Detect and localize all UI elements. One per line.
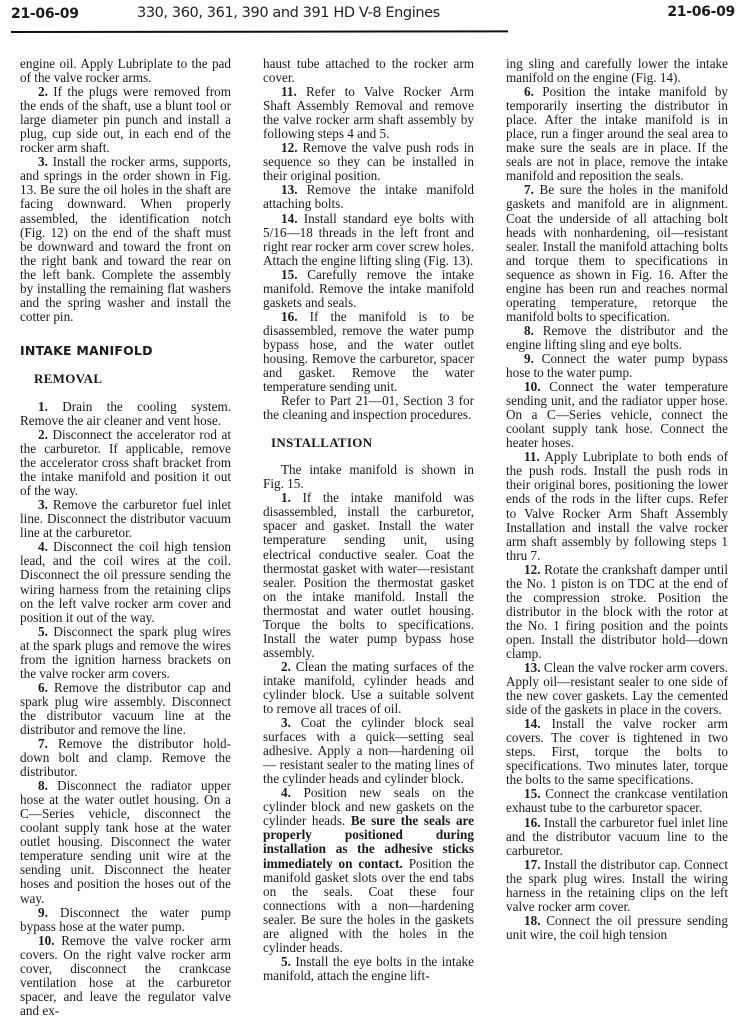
step-paragraph: 2. Disconnect the accelerator rod at the… [20,428,231,498]
step-paragraph: 13. Clean the valve rocker arm covers. A… [506,661,728,717]
step-number: 15. [524,786,540,801]
step-text: If the plugs were removed from the ends … [20,84,231,155]
step-text: Install the rocker arms, supports, and s… [20,154,231,324]
installation-intro: The intake manifold is shown in Fig. 15. [263,463,474,491]
step-text: Coat the cylinder block seal surfaces wi… [263,715,474,786]
column-2: haust tube attached to the rocker arm co… [263,57,474,983]
step-paragraph: 11. Apply Lubriplate to both ends of the… [506,450,728,562]
step-number: 2. [38,84,48,99]
page-number-left: 21-06-09 [11,6,79,22]
step-paragraph: 12. Remove the valve push rods in sequen… [263,141,474,183]
step-paragraph: 14. Install standard eye bolts with 5/16… [263,212,474,268]
step-text: Disconnect the radiator upper hose at th… [20,778,231,905]
step-paragraph: 5. Install the eye bolts in the intake m… [263,955,474,983]
step-number: 8. [524,323,534,338]
step-number: 4. [38,539,48,554]
step-text: If the intake manifold was disassembled,… [263,490,474,660]
step-number: 3. [281,715,291,730]
step-text: Apply Lubriplate to both ends of the pus… [506,449,728,562]
step-number: 4. [281,785,291,800]
step-number: 5. [38,624,48,639]
step-number: 2. [38,427,48,442]
step-text: Position the intake manifold by temporar… [506,84,728,183]
step-text: Disconnect the spark plug wires at the s… [20,624,231,681]
page-number-right: 21-06-09 [667,4,735,20]
step-number: 3. [38,497,48,512]
step-paragraph: 15. Carefully remove the intake manifold… [263,268,474,310]
step-paragraph: 13. Remove the intake manifold attaching… [263,183,474,211]
step-number: 16. [524,815,540,830]
step-paragraph: 10. Connect the water temperature sendin… [506,380,728,450]
column-3: ing sling and carefully lower the intake… [506,57,728,942]
page-title: 330, 360, 361, 390 and 391 HD V-8 Engine… [137,5,440,21]
step-number: 6. [524,84,534,99]
step-text: Remove the distributor cap and spark plu… [20,680,231,737]
step-text: Install the valve rocker arm covers. The… [506,716,728,787]
step-text: Install the eye bolts in the intake mani… [263,954,474,983]
step-paragraph: 8. Remove the distributor and the engine… [506,324,728,352]
subheading-removal: REMOVAL [34,372,231,386]
step-text: Connect the water pump bypass hose to th… [506,351,728,380]
step-number: 5. [281,954,291,969]
step-paragraph: 5. Disconnect the spark plug wires at th… [20,625,231,681]
step-paragraph: 10. Remove the valve rocker arm covers. … [20,934,231,1018]
step-paragraph: 3. Remove the carburetor fuel inlet line… [20,498,231,540]
paragraph-continuation: engine oil. Apply Lubriplate to the pad … [20,57,231,85]
step-paragraph: 2. If the plugs were removed from the en… [20,85,231,155]
step-paragraph: 3. Coat the cylinder block seal surfaces… [263,716,474,786]
step-paragraph: 15. Connect the crankcase ventilation ex… [506,787,728,815]
step-number: 10. [524,379,540,394]
step-paragraph: 9. Connect the water pump bypass hose to… [506,352,728,380]
step-number: 7. [524,182,534,197]
step-paragraph: 7. Remove the distributor hold-down bolt… [20,737,231,779]
step-text: Disconnect the coil high tension lead, a… [20,539,231,624]
step-paragraph: 12. Rotate the crankshaft damper until t… [506,563,728,661]
step-paragraph: 9. Disconnect the water pump bypass hose… [20,906,231,934]
step-text: Connect the oil pressure sending unit wi… [506,913,728,942]
step-number: 17. [524,857,540,872]
step-paragraph: 16. If the manifold is to be disassemble… [263,310,474,394]
subheading-installation: INSTALLATION [271,436,474,450]
step-paragraph: 8. Disconnect the radiator upper hose at… [20,779,231,905]
step-text: Clean the valve rocker arm covers. Apply… [506,660,728,717]
step-number: 11. [524,449,540,464]
step-paragraph: 3. Install the rocker arms, supports, an… [20,155,231,324]
step-text: Disconnect the water pump bypass hose at… [20,905,231,934]
step-text: Disconnect the accelerator rod at the ca… [20,427,231,498]
step-text: Clean the mating surfaces of the intake … [263,659,474,716]
step-paragraph: 6. Remove the distributor cap and spark … [20,681,231,737]
paragraph-continuation: haust tube attached to the rocker arm co… [263,57,474,85]
step-text: Position the manifold gasket slots over … [263,856,474,955]
step-paragraph: 4. Position new seals on the cylinder bl… [263,786,474,955]
step-number: 14. [281,211,297,226]
step-paragraph: 16. Install the carburetor fuel inlet li… [506,816,728,858]
step-text: Install the carburetor fuel inlet line a… [506,815,728,858]
step-number: 11. [281,84,297,99]
paragraph-continuation: ing sling and carefully lower the intake… [506,57,728,85]
step-text: Be sure the holes in the manifold gasket… [506,182,728,323]
step-paragraph: 18. Connect the oil pressure sending uni… [506,914,728,942]
step-paragraph: 2. Clean the mating surfaces of the inta… [263,660,474,716]
step-number: 13. [281,182,297,197]
step-number: 6. [38,680,48,695]
step-text: Connect the water temperature sending un… [506,379,728,450]
step-text: Remove the distributor and the engine li… [506,323,728,352]
step-number: 12. [281,140,297,155]
step-number: 14. [524,716,540,731]
step-text: Connect the crankcase ventilation exhaus… [506,786,728,815]
step-text: Remove the carburetor fuel inlet line. D… [20,497,231,540]
step-text: Remove the distributor hold-down bolt an… [20,736,231,779]
step-number: 1. [38,399,48,414]
step-paragraph: 6. Position the intake manifold by tempo… [506,85,728,183]
step-number: 8. [38,778,48,793]
step-number: 9. [38,905,48,920]
step-number: 10. [38,933,54,948]
step-number: 16. [281,309,297,324]
step-number: 12. [524,562,540,577]
step-number: 15. [281,267,297,282]
step-number: 3. [38,154,48,169]
step-paragraph: 1. Drain the cooling system. Remove the … [20,400,231,428]
section-heading-intake-manifold: INTAKE MANIFOLD [20,344,231,358]
step-paragraph: 11. Refer to Valve Rocker Arm Shaft Asse… [263,85,474,141]
step-number: 9. [524,351,534,366]
step-text: Install the distributor cap. Connect the… [506,857,728,914]
reference-note: Refer to Part 21—01, Section 3 for the c… [263,394,474,422]
step-text: Drain the cooling system. Remove the air… [20,399,231,428]
step-paragraph: 14. Install the valve rocker arm covers.… [506,717,728,787]
step-number: 7. [38,736,48,751]
step-paragraph: 17. Install the distributor cap. Connect… [506,858,728,914]
step-number: 18. [524,913,540,928]
step-number: 1. [281,490,291,505]
column-1: engine oil. Apply Lubriplate to the pad … [20,57,231,1018]
step-paragraph: 7. Be sure the holes in the manifold gas… [506,183,728,323]
step-paragraph: 4. Disconnect the coil high tension lead… [20,540,231,624]
step-text: Rotate the crankshaft damper until the N… [506,562,728,661]
step-paragraph: 1. If the intake manifold was disassembl… [263,491,474,660]
step-number: 2. [281,659,291,674]
step-number: 13. [524,660,540,675]
header-rule [11,30,508,33]
page-header: 21-06-09 330, 360, 361, 390 and 391 HD V… [0,0,746,34]
